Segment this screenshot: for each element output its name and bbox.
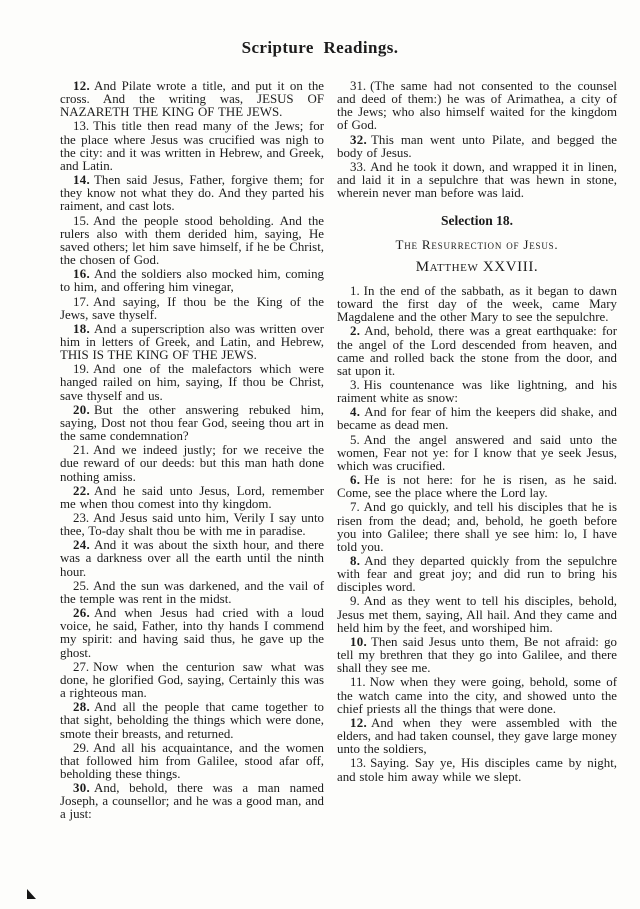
- verse-text: And the people stood beholding. And the …: [60, 214, 324, 267]
- verse: 13.Saying. Say ye, His disciples came by…: [337, 757, 617, 783]
- verse-number: 15.: [73, 214, 89, 228]
- verse: 16.And the soldiers also mocked him, com…: [60, 268, 324, 294]
- verse: 6.He is not here: for he is risen, as he…: [337, 474, 617, 500]
- verse-number: 5.: [350, 433, 360, 447]
- verse: 1.In the end of the sabbath, as it began…: [337, 285, 617, 324]
- verse: 19.And one of the malefactors which were…: [60, 363, 324, 402]
- scripture-reference: Matthew XXVIII.: [337, 261, 617, 274]
- verse: 22.And he said unto Jesus, Lord, remembe…: [60, 485, 324, 511]
- verse: 4.And for fear of him the keepers did sh…: [337, 406, 617, 432]
- verse-text: And for fear of him the keepers did shak…: [337, 405, 617, 432]
- verse-number: 6.: [350, 473, 360, 487]
- verse-text: And we indeed justly; for we receive the…: [60, 443, 324, 483]
- verse: 7.And go quickly, and tell his disciples…: [337, 501, 617, 554]
- verse-number: 1.: [350, 284, 360, 298]
- verse-text: Then said Jesus, Father, forgive them; f…: [60, 173, 324, 213]
- verse: 2.And, behold, there was a great earthqu…: [337, 325, 617, 378]
- verse-text: And, behold, there was a great earthquak…: [337, 324, 617, 377]
- verse-number: 13.: [73, 119, 89, 133]
- verse-number: 28.: [73, 700, 90, 714]
- verse-number: 19.: [73, 362, 89, 376]
- scan-artifact-mark: [27, 889, 36, 899]
- verse-number: 18.: [73, 322, 90, 336]
- verse-number: 27.: [73, 660, 89, 674]
- verse-number: 29.: [73, 741, 89, 755]
- verse-text: And the angel answered and said unto the…: [337, 433, 617, 473]
- luke-verses-continued: 31.(The same had not consented to the co…: [337, 80, 617, 200]
- verse: 27.Now when the centurion saw what was d…: [60, 661, 324, 700]
- verse-number: 24.: [73, 538, 90, 552]
- verse-number: 16.: [73, 267, 90, 281]
- verse-number: 9.: [350, 594, 360, 608]
- verse: 21.And we indeed justly; for we receive …: [60, 444, 324, 483]
- verse-number: 25.: [73, 579, 89, 593]
- verse-number: 20.: [73, 403, 90, 417]
- verse-text: His countenance was like lightning, and …: [337, 378, 617, 405]
- verse-text: And they departed quickly from the sepul…: [337, 554, 617, 594]
- verse: 29.And all his acquaintance, and the wom…: [60, 742, 324, 781]
- verse-text: And Jesus said unto him, Verily I say un…: [60, 511, 324, 538]
- verse: 12.And Pilate wrote a title, and put it …: [60, 80, 324, 119]
- matthew-verses: 1.In the end of the sabbath, as it began…: [337, 285, 617, 784]
- verse-number: 12.: [350, 716, 367, 730]
- verse: 14.Then said Jesus, Father, forgive them…: [60, 174, 324, 213]
- verse-number: 30.: [73, 781, 90, 795]
- verse-number: 11.: [350, 675, 366, 689]
- verse-text: And when Jesus had cried with a loud voi…: [60, 606, 324, 659]
- verse-number: 31.: [350, 79, 366, 93]
- verse: 30.And, behold, there was a man named Jo…: [60, 782, 324, 821]
- verse: 33.And he took it down, and wrapped it i…: [337, 161, 617, 200]
- verse-text: And the sun was darkened, and the vail o…: [60, 579, 324, 606]
- verse-number: 3.: [350, 378, 360, 392]
- verse-number: 12.: [73, 79, 90, 93]
- verse-number: 4.: [350, 405, 360, 419]
- verse-text: But the other answering rebuked him, say…: [60, 403, 324, 443]
- verse-number: 8.: [350, 554, 360, 568]
- verse: 3.His countenance was like lightning, an…: [337, 379, 617, 405]
- verse-number: 33.: [350, 160, 366, 174]
- verse-text: (The same had not consented to the couns…: [337, 79, 617, 132]
- verse: 10.Then said Jesus unto them, Be not afr…: [337, 636, 617, 675]
- verse: 31.(The same had not consented to the co…: [337, 80, 617, 133]
- verse-number: 32.: [350, 133, 367, 147]
- verse-text: Now when they were going, behold, some o…: [337, 675, 617, 715]
- verse-number: 26.: [73, 606, 90, 620]
- verse: 11.Now when they were going, behold, som…: [337, 676, 617, 715]
- two-column-layout: 12.And Pilate wrote a title, and put it …: [0, 80, 640, 823]
- verse-number: 17.: [73, 295, 89, 309]
- verse: 20.But the other answering rebuked him, …: [60, 404, 324, 443]
- verse: 32.This man went unto Pilate, and begged…: [337, 134, 617, 160]
- verse: 8.And they departed quickly from the sep…: [337, 555, 617, 594]
- verse-text: Then said Jesus unto them, Be not afraid…: [337, 635, 617, 675]
- verse-text: And the soldiers also mocked him, coming…: [60, 267, 324, 294]
- page-title: Scripture Readings.: [0, 0, 640, 58]
- verse-text: And all the people that came together to…: [60, 700, 324, 740]
- verse: 26.And when Jesus had cried with a loud …: [60, 607, 324, 660]
- verse-number: 22.: [73, 484, 90, 498]
- verse-text: And a superscription also was written ov…: [60, 322, 324, 362]
- verse: 28.And all the people that came together…: [60, 701, 324, 740]
- verse-text: This title then read many of the Jews; f…: [60, 119, 324, 172]
- verse-number: 13.: [350, 756, 366, 770]
- verse-number: 2.: [350, 324, 360, 338]
- verse: 17.And saying, If thou be the King of th…: [60, 296, 324, 322]
- verse-text: And he said unto Jesus, Lord, remember m…: [60, 484, 324, 511]
- verse: 5.And the angel answered and said unto t…: [337, 434, 617, 473]
- verse: 23.And Jesus said unto him, Verily I say…: [60, 512, 324, 538]
- verse-text: This man went unto Pilate, and begged th…: [337, 133, 617, 160]
- verse-text: Saying. Say ye, His disciples came by ni…: [337, 756, 617, 783]
- verse-text: And, behold, there was a man named Josep…: [60, 781, 324, 821]
- verse-text: In the end of the sabbath, as it began t…: [337, 284, 617, 324]
- verse-number: 14.: [73, 173, 90, 187]
- verse-text: And it was about the sixth hour, and the…: [60, 538, 324, 578]
- verse: 13.This title then read many of the Jews…: [60, 120, 324, 173]
- verse: 24.And it was about the sixth hour, and …: [60, 539, 324, 578]
- verse-number: 21.: [73, 443, 89, 457]
- verse: 25.And the sun was darkened, and the vai…: [60, 580, 324, 606]
- verse-number: 7.: [350, 500, 360, 514]
- verse-text: And go quickly, and tell his disciples t…: [337, 500, 617, 553]
- verse-number: 10.: [350, 635, 367, 649]
- scanned-book-page: Scripture Readings. 12.And Pilate wrote …: [0, 0, 640, 909]
- verse-text: And saying, If thou be the King of the J…: [60, 295, 324, 322]
- verse: 9.And as they went to tell his disciples…: [337, 595, 617, 634]
- right-column: 31.(The same had not consented to the co…: [337, 80, 617, 823]
- verse: 18.And a superscription also was written…: [60, 323, 324, 362]
- verse: 15.And the people stood beholding. And t…: [60, 215, 324, 268]
- verse-text: And Pilate wrote a title, and put it on …: [60, 79, 324, 119]
- verse-text: And when they were assembled with the el…: [337, 716, 617, 756]
- verse-text: Now when the centurion saw what was done…: [60, 660, 324, 700]
- selection-subtitle: The Resurrection of Jesus.: [337, 238, 617, 251]
- verse-text: He is not here: for he is risen, as he s…: [337, 473, 617, 500]
- verse-text: And all his acquaintance, and the women …: [60, 741, 324, 781]
- verse-text: And one of the malefactors which were ha…: [60, 362, 324, 402]
- verse-text: And he took it down, and wrapped it in l…: [337, 160, 617, 200]
- verse-text: And as they went to tell his disciples, …: [337, 594, 617, 634]
- left-column: 12.And Pilate wrote a title, and put it …: [60, 80, 324, 823]
- verse: 12.And when they were assembled with the…: [337, 717, 617, 756]
- selection-heading: Selection 18.: [337, 214, 617, 227]
- verse-number: 23.: [73, 511, 89, 525]
